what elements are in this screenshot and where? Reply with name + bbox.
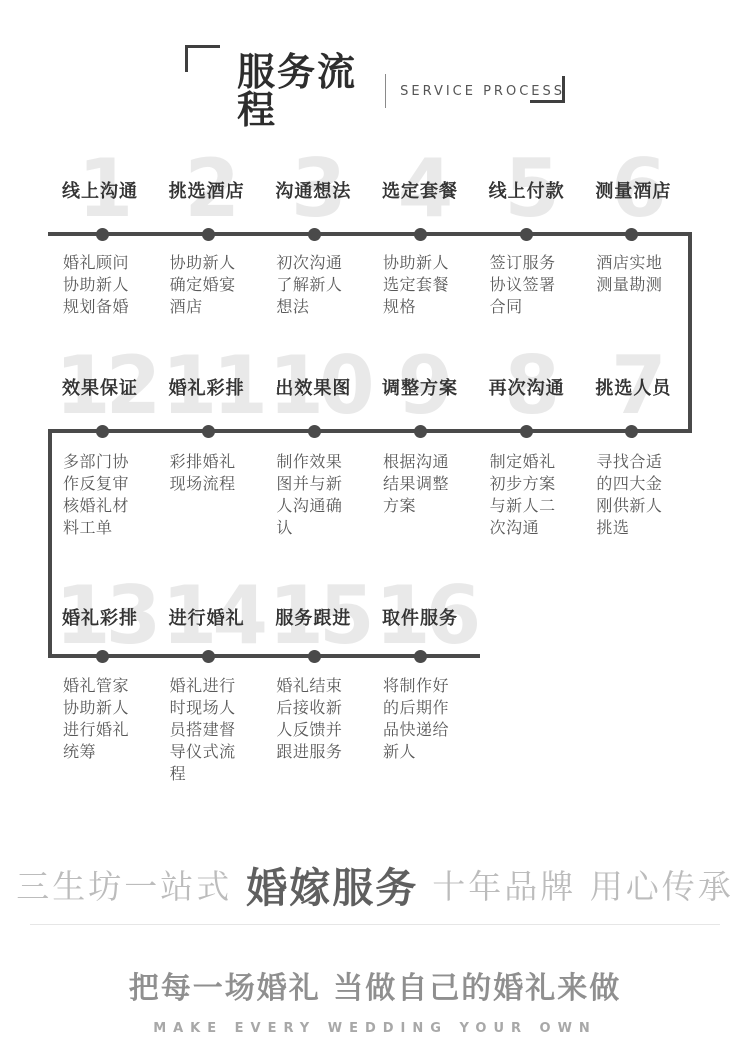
step-desc-12: 多部门协作反复审核婚礼材料工单: [55, 451, 162, 539]
step-cell-16: 16 取件服务: [375, 574, 482, 660]
step-title: 婚礼彩排: [169, 374, 245, 400]
step-title: 选定套餐: [382, 177, 458, 203]
step-title-row-3: 13 婚礼彩排 14 进行婚礼 15 服务跟进 16 取件服务: [55, 574, 695, 660]
step-cell-10: 10 出效果图: [268, 344, 375, 430]
step-cell-2: 2 挑选酒店: [162, 147, 269, 233]
step-cell-14: 14 进行婚礼: [162, 574, 269, 660]
step-title: 调整方案: [382, 374, 458, 400]
step-cell-9: 9 调整方案: [375, 344, 482, 430]
step-title: 进行婚礼: [169, 604, 245, 630]
step-title: 再次沟通: [489, 374, 565, 400]
step-desc-9: 根据沟通结果调整方案: [375, 451, 482, 539]
step-cell-8: 8 再次沟通: [482, 344, 589, 430]
brand-left-text: 三生坊一站式: [16, 861, 232, 908]
step-cell-5: 5 线上付款: [482, 147, 589, 233]
step-title: 效果保证: [62, 374, 138, 400]
step-cell-12: 12 效果保证: [55, 344, 162, 430]
step-desc-1: 婚礼顾问协助新人规划备婚: [55, 252, 162, 318]
step-title-row-1: 1 线上沟通 2 挑选酒店 3 沟通想法 4 选定套餐 5 线上付款 6 测量酒…: [55, 147, 695, 233]
step-title: 出效果图: [275, 374, 351, 400]
step-title-row-2: 12 效果保证 11 婚礼彩排 10 出效果图 9 调整方案 8 再次沟通 7 …: [55, 344, 695, 430]
step-desc-14: 婚礼进行时现场人员搭建督导仪式流程: [162, 675, 269, 785]
step-cell-13: 13 婚礼彩排: [55, 574, 162, 660]
corner-bracket-top-left-icon: [185, 45, 220, 72]
step-desc-row-2: 多部门协作反复审核婚礼材料工单 彩排婚礼现场流程 制作效果图并与新人沟通确认 根…: [55, 451, 695, 539]
step-title: 婚礼彩排: [62, 604, 138, 630]
step-title: 测量酒店: [595, 177, 671, 203]
step-desc-16: 将制作好的后期作品快递给新人: [375, 675, 482, 785]
step-cell-11: 11 婚礼彩排: [162, 344, 269, 430]
step-desc-15: 婚礼结束后接收新人反馈并跟进服务: [268, 675, 375, 785]
step-title: 线上沟通: [62, 177, 138, 203]
step-title: 服务跟进: [275, 604, 351, 630]
step-title: 取件服务: [382, 604, 458, 630]
step-desc-4: 协助新人选定套餐规格: [375, 252, 482, 318]
step-desc-7: 寻找合适的四大金刚供新人挑选: [588, 451, 695, 539]
step-desc-10: 制作效果图并与新人沟通确认: [268, 451, 375, 539]
step-desc-5: 签订服务协议签署合同: [482, 252, 589, 318]
step-desc-6: 酒店实地测量勘测: [588, 252, 695, 318]
footer-divider: [30, 924, 720, 925]
step-title: 挑选酒店: [169, 177, 245, 203]
title-divider: [385, 74, 386, 108]
step-cell-15: 15 服务跟进: [268, 574, 375, 660]
step-title: 沟通想法: [275, 177, 351, 203]
step-desc-3: 初次沟通了解新人想法: [268, 252, 375, 318]
corner-bracket-bottom-right-icon: [530, 76, 565, 103]
step-desc-11: 彩排婚礼现场流程: [162, 451, 269, 539]
step-desc-2: 协助新人确定婚宴酒店: [162, 252, 269, 318]
process-flow: 1 线上沟通 2 挑选酒店 3 沟通想法 4 选定套餐 5 线上付款 6 测量酒…: [0, 139, 750, 829]
brand-name: 婚嫁服务: [246, 855, 418, 914]
step-cell-1: 1 线上沟通: [55, 147, 162, 233]
tagline-cn: 把每一场婚礼 当做自己的婚礼来做: [0, 963, 750, 1007]
brand-right-text: 十年品牌 用心传承: [432, 861, 734, 908]
step-cell-4: 4 选定套餐: [375, 147, 482, 233]
step-desc-13: 婚礼管家协助新人进行婚礼统筹: [55, 675, 162, 785]
step-title: 挑选人员: [595, 374, 671, 400]
step-desc-row-1: 婚礼顾问协助新人规划备婚 协助新人确定婚宴酒店 初次沟通了解新人想法 协助新人选…: [55, 252, 695, 318]
step-title: 线上付款: [489, 177, 565, 203]
step-cell-6: 6 测量酒店: [588, 147, 695, 233]
tagline-en: MAKE EVERY WEDDING YOUR OWN: [0, 1021, 750, 1036]
step-desc-row-3: 婚礼管家协助新人进行婚礼统筹 婚礼进行时现场人员搭建督导仪式流程 婚礼结束后接收…: [55, 675, 695, 785]
connector-segment-left-vertical: [48, 429, 52, 658]
section-header: 服务流程 SERVICE PROCESS: [185, 45, 565, 103]
step-desc-8: 制定婚礼初步方案与新人二次沟通: [482, 451, 589, 539]
step-cell-3: 3 沟通想法: [268, 147, 375, 233]
brand-line: 三生坊一站式 婚嫁服务 十年品牌 用心传承: [0, 855, 750, 914]
step-cell-7: 7 挑选人员: [588, 344, 695, 430]
page-title: 服务流程: [237, 53, 369, 129]
section-footer: 三生坊一站式 婚嫁服务 十年品牌 用心传承 把每一场婚礼 当做自己的婚礼来做 M…: [0, 855, 750, 1036]
